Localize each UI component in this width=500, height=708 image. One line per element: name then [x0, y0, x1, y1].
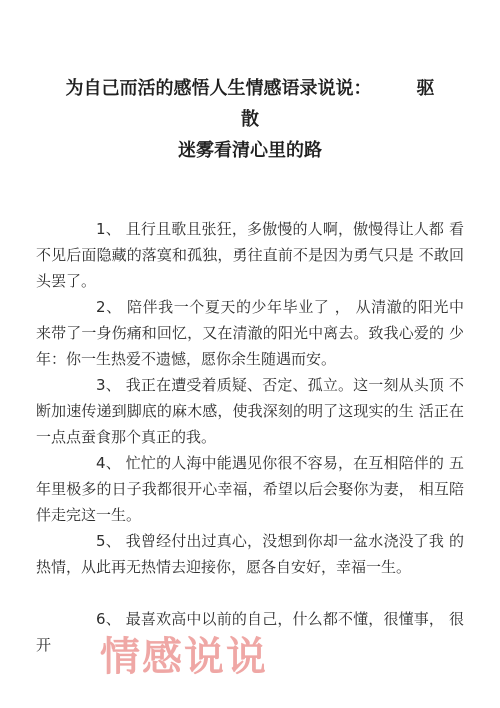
title-line-1: 为自己而活的感悟人生情感语录说说： 驱散: [58, 73, 442, 135]
document-title: 为自己而活的感悟人生情感语录说说： 驱散 迷雾看清心里的路: [0, 0, 500, 166]
document-body: 1、 且行且歌且张狂，多傲慢的人啊，傲慢得让人都 看不见后面隐藏的落寞和孤独，勇…: [36, 216, 464, 658]
paragraph-1: 1、 且行且歌且张狂，多傲慢的人啊，傲慢得让人都 看不见后面隐藏的落寞和孤独，勇…: [36, 216, 464, 294]
paragraph-4: 4、 忙忙的人海中能遇见你很不容易，在互相陪伴的 五年里极多的日子我都很开心幸福…: [36, 450, 464, 528]
paragraph-2: 2、 陪伴我一个夏天的少年毕业了 ， 从清澈的阳光中来带了一身伤痛和回忆，又在清…: [36, 294, 464, 372]
watermark-logo: 情感说说: [100, 636, 268, 678]
paragraph-5: 5、 我曾经付出过真心，没想到你却一盆水浇没了我 的热情，从此再无热情去迎接你，…: [36, 528, 464, 580]
paragraph-3: 3、 我正在遭受着质疑、否定、孤立。这一刻从头顶 不断加速传递到脚底的麻木感，使…: [36, 372, 464, 450]
document-page: 为自己而活的感悟人生情感语录说说： 驱散 迷雾看清心里的路 1、 且行且歌且张狂…: [0, 0, 500, 708]
title-line-2: 迷雾看清心里的路: [58, 135, 442, 166]
